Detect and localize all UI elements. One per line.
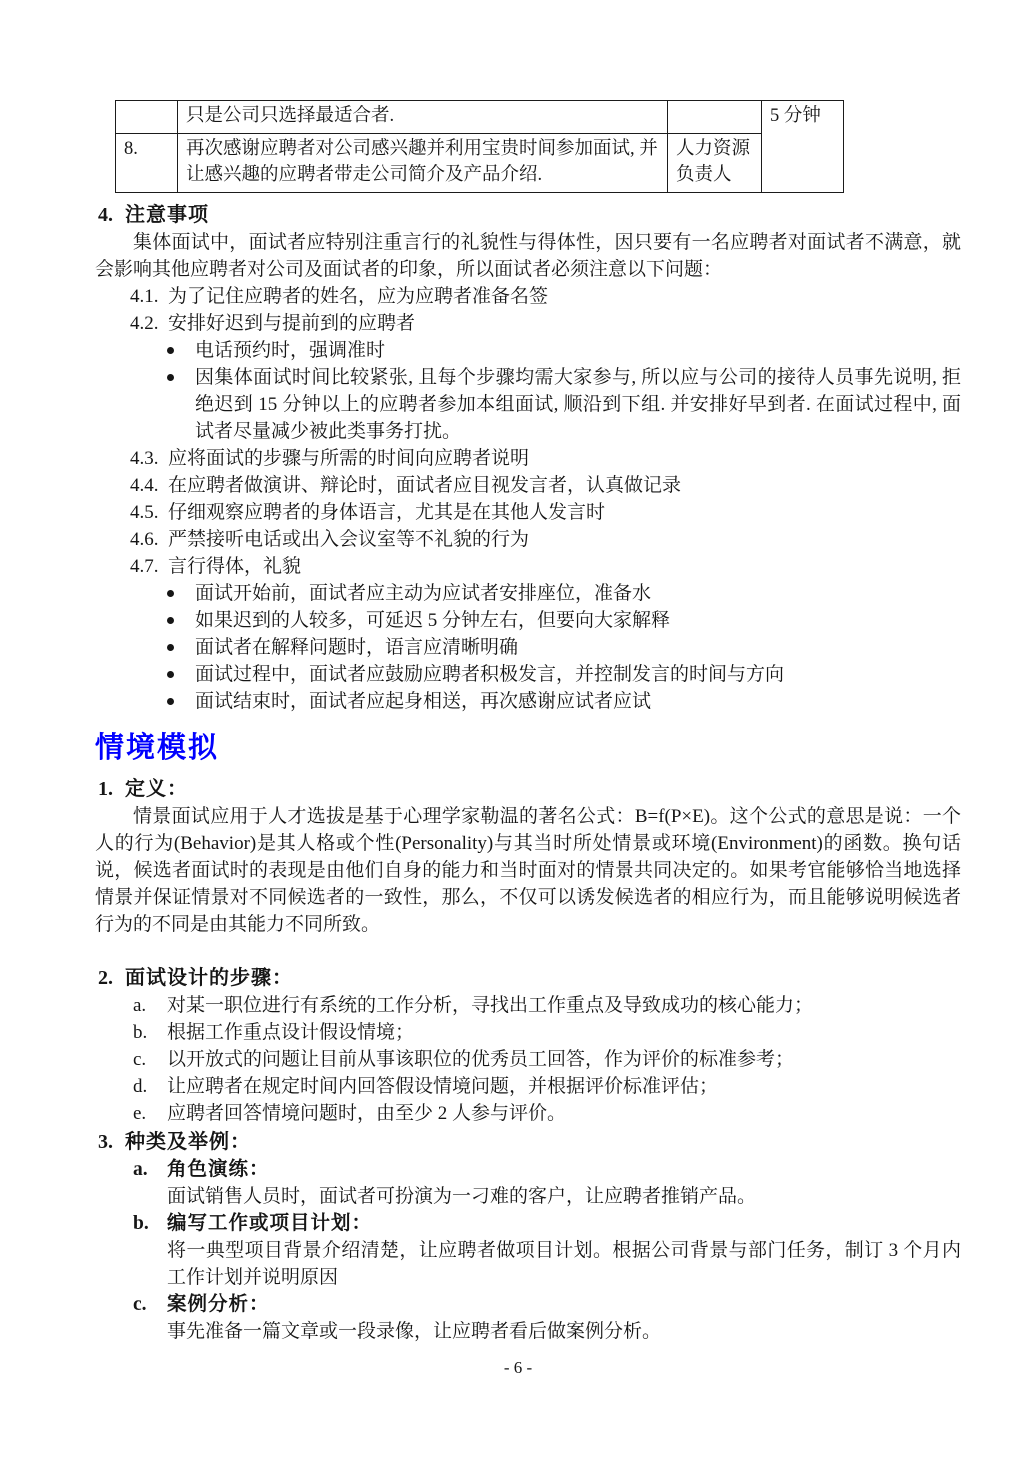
section-title: 种类及举例：: [125, 1129, 251, 1156]
notes-section-heading: 4. 注意事项: [95, 202, 961, 229]
note-item: 4.1. 为了记住应聘者的姓名，应为应聘者准备名签: [130, 283, 961, 310]
note-item: 4.7. 言行得体，礼貌: [130, 553, 961, 580]
table-cell-index: 8.: [116, 133, 178, 192]
example-title: 案例分析：: [167, 1291, 270, 1318]
design-step: c. 以开放式的问题让目前从事该职位的优秀员工回答，作为评价的标准参考；: [133, 1046, 961, 1073]
example-heading: c. 案例分析：: [133, 1291, 961, 1318]
bullet-text: 因集体面试时间比较紧张, 且每个步骤均需大家参与, 所以应与公司的接待人员事先说…: [195, 364, 961, 445]
definition-section-heading: 1. 定义：: [95, 776, 961, 803]
table-row: 只是公司只选择最适合者. 5 分钟: [116, 101, 844, 134]
situational-simulation-heading: 情境模拟: [95, 730, 961, 766]
bullet-item: 因集体面试时间比较紧张, 且每个步骤均需大家参与, 所以应与公司的接待人员事先说…: [165, 364, 961, 445]
interview-process-table: 只是公司只选择最适合者. 5 分钟 8. 再次感谢应聘者对公司感兴趣并利用宝贵时…: [115, 100, 844, 193]
bullet-dot: [165, 661, 195, 688]
bullet-item: 如果迟到的人较多，可延迟 5 分钟左右，但要向大家解释: [165, 607, 961, 634]
note-item-number: 4.7.: [130, 553, 168, 580]
note-item: 4.6. 严禁接听电话或出入会议室等不礼貌的行为: [130, 526, 961, 553]
table-cell-index: [116, 101, 178, 134]
example-letter: b.: [133, 1210, 167, 1237]
section-number: 4.: [95, 202, 125, 229]
note-item: 4.5. 仔细观察应聘者的身体语言，尤其是在其他人发言时: [130, 499, 961, 526]
step-text: 对某一职位进行有系统的工作分析，寻找出工作重点及导致成功的核心能力；: [167, 992, 961, 1019]
bullet-text: 如果迟到的人较多，可延迟 5 分钟左右，但要向大家解释: [195, 607, 961, 634]
note-item-number: 4.1.: [130, 283, 168, 310]
step-letter: b.: [133, 1019, 167, 1046]
document-page: 只是公司只选择最适合者. 5 分钟 8. 再次感谢应聘者对公司感兴趣并利用宝贵时…: [0, 0, 1036, 1345]
bullet-item: 面试结束时，面试者应起身相送，再次感谢应试者应试: [165, 688, 961, 715]
bullet-dot: [165, 634, 195, 661]
section-number: 3.: [95, 1129, 125, 1156]
example-title: 编写工作或项目计划：: [167, 1210, 372, 1237]
bullet-text: 面试者在解释问题时，语言应清晰明确: [195, 634, 961, 661]
page-number: - 6 -: [0, 1358, 1036, 1378]
step-letter: d.: [133, 1073, 167, 1100]
table-cell-description: 再次感谢应聘者对公司感兴趣并利用宝贵时间参加面试, 并让感兴趣的应聘者带走公司简…: [178, 133, 668, 192]
note-item-number: 4.5.: [130, 499, 168, 526]
example-body: 将一典型项目背景介绍清楚，让应聘者做项目计划。根据公司背景与部门任务，制订 3 …: [167, 1237, 961, 1291]
step-letter: c.: [133, 1046, 167, 1073]
definition-paragraph: 情景面试应用于人才选拔是基于心理学家勒温的著名公式：B=f(P×E)。这个公式的…: [95, 803, 961, 938]
example-heading: b. 编写工作或项目计划：: [133, 1210, 961, 1237]
bullet-text: 面试过程中，面试者应鼓励应聘者积极发言，并控制发言的时间与方向: [195, 661, 961, 688]
bullet-text: 面试结束时，面试者应起身相送，再次感谢应试者应试: [195, 688, 961, 715]
example-letter: a.: [133, 1156, 167, 1183]
table-cell-description: 只是公司只选择最适合者.: [178, 101, 668, 134]
note-item-number: 4.4.: [130, 472, 168, 499]
note-item-text: 安排好迟到与提前到的应聘者: [168, 310, 961, 337]
example-heading: a. 角色演练：: [133, 1156, 961, 1183]
note-item: 4.2. 安排好迟到与提前到的应聘者: [130, 310, 961, 337]
bullet-text: 面试开始前，面试者应主动为应试者安排座位，准备水: [195, 580, 961, 607]
note-item-number: 4.2.: [130, 310, 168, 337]
section-number: 2.: [95, 965, 125, 992]
types-section-heading: 3. 种类及举例：: [95, 1129, 961, 1156]
step-text: 应聘者回答情境问题时，由至少 2 人参与评价。: [167, 1100, 961, 1127]
example-title: 角色演练：: [167, 1156, 270, 1183]
step-letter: e.: [133, 1100, 167, 1127]
note-item-text: 严禁接听电话或出入会议室等不礼貌的行为: [168, 526, 961, 553]
table-row: 8. 再次感谢应聘者对公司感兴趣并利用宝贵时间参加面试, 并让感兴趣的应聘者带走…: [116, 133, 844, 192]
bullet-item: 面试者在解释问题时，语言应清晰明确: [165, 634, 961, 661]
design-step: e. 应聘者回答情境问题时，由至少 2 人参与评价。: [133, 1100, 961, 1127]
step-letter: a.: [133, 992, 167, 1019]
bullet-dot: [165, 364, 195, 445]
bullet-dot: [165, 607, 195, 634]
note-item: 4.3. 应将面试的步骤与所需的时间向应聘者说明: [130, 445, 961, 472]
example-body: 面试销售人员时，面试者可扮演为一刁难的客户，让应聘者推销产品。: [167, 1183, 961, 1210]
note-item: 4.4. 在应聘者做演讲、辩论时，面试者应目视发言者，认真做记录: [130, 472, 961, 499]
bullet-item: 电话预约时，强调准时: [165, 337, 961, 364]
design-step: a. 对某一职位进行有系统的工作分析，寻找出工作重点及导致成功的核心能力；: [133, 992, 961, 1019]
table-cell-duration: 5 分钟: [762, 101, 844, 193]
notes-intro-paragraph: 集体面试中，面试者应特别注重言行的礼貌性与得体性，因只要有一名应聘者对面试者不满…: [95, 229, 961, 283]
example-letter: c.: [133, 1291, 167, 1318]
bullet-dot: [165, 580, 195, 607]
section-title: 面试设计的步骤：: [125, 965, 293, 992]
example-body: 事先准备一篇文章或一段录像，让应聘者看后做案例分析。: [167, 1318, 961, 1345]
note-item-number: 4.6.: [130, 526, 168, 553]
bullet-dot: [165, 688, 195, 715]
note-item-text: 在应聘者做演讲、辩论时，面试者应目视发言者，认真做记录: [168, 472, 961, 499]
note-item-text: 仔细观察应聘者的身体语言，尤其是在其他人发言时: [168, 499, 961, 526]
step-text: 根据工作重点设计假设情境；: [167, 1019, 961, 1046]
note-item-number: 4.3.: [130, 445, 168, 472]
bullet-item: 面试过程中，面试者应鼓励应聘者积极发言，并控制发言的时间与方向: [165, 661, 961, 688]
bullet-text: 电话预约时，强调准时: [195, 337, 961, 364]
step-text: 让应聘者在规定时间内回答假设情境问题，并根据评价标准评估；: [167, 1073, 961, 1100]
design-step: b. 根据工作重点设计假设情境；: [133, 1019, 961, 1046]
note-item-text: 为了记住应聘者的姓名，应为应聘者准备名签: [168, 283, 961, 310]
step-text: 以开放式的问题让目前从事该职位的优秀员工回答，作为评价的标准参考；: [167, 1046, 961, 1073]
design-step: d. 让应聘者在规定时间内回答假设情境问题，并根据评价标准评估；: [133, 1073, 961, 1100]
bullet-item: 面试开始前，面试者应主动为应试者安排座位，准备水: [165, 580, 961, 607]
bullet-dot: [165, 337, 195, 364]
section-title: 定义：: [125, 776, 188, 803]
table-cell-owner: 人力资源负责人: [668, 133, 762, 192]
note-item-text: 言行得体，礼貌: [168, 553, 961, 580]
note-item-text: 应将面试的步骤与所需的时间向应聘者说明: [168, 445, 961, 472]
section-number: 1.: [95, 776, 125, 803]
design-steps-section-heading: 2. 面试设计的步骤：: [95, 965, 961, 992]
table-cell-owner: [668, 101, 762, 134]
section-title: 注意事项: [125, 202, 209, 229]
